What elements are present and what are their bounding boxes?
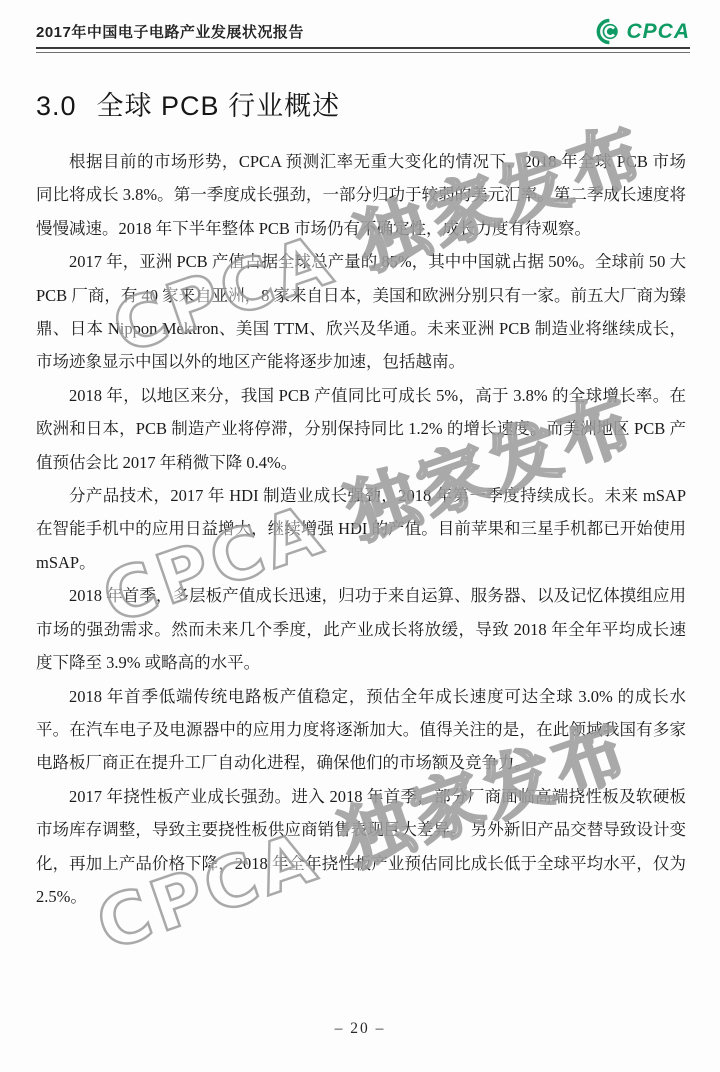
cpca-logo: CPCA [595,18,690,45]
paragraph: 2018 年首季，多层板产值成长迅速，归功于来自运算、服务器、以及记忆体摸组应用… [36,579,686,679]
section-title: 全球 PCB 行业概述 [97,91,341,121]
paragraph: 2017 年挠性板产业成长强劲。进入 2018 年首季，部分厂商面临高端挠性板及… [36,780,686,914]
page-number: – 20 – [0,1020,720,1038]
paragraph: 2017 年，亚洲 PCB 产值占据全球总产量的 85%，其中中国就占据 50%… [36,245,686,379]
body-text: 根据目前的市场形势，CPCA 预测汇率无重大变化的情况下，2018 年全球 PC… [36,145,686,913]
paragraph: 2018 年首季低端传统电路板产值稳定，预估全年成长速度可达全球 3.0% 的成… [36,680,686,780]
cpca-swirl-icon [595,18,622,45]
paragraph: 2018 年，以地区来分，我国 PCB 产值同比可成长 5%，高于 3.8% 的… [36,379,686,479]
page-header: 2017年中国电子电路产业发展状况报告 CPCA [36,18,690,45]
cpca-logo-text: CPCA [626,20,690,44]
paragraph: 分产品技术，2017 年 HDI 制造业成长强劲，2018 年第一季度持续成长。… [36,479,686,579]
paragraph: 根据目前的市场形势，CPCA 预测汇率无重大变化的情况下，2018 年全球 PC… [36,145,686,245]
report-page: 2017年中国电子电路产业发展状况报告 CPCA 3.0全球 PCB 行业概述 … [0,0,720,1072]
header-divider [36,47,690,53]
section-number: 3.0 [36,91,77,121]
section-heading: 3.0全球 PCB 行业概述 [36,84,340,123]
report-title: 2017年中国电子电路产业发展状况报告 [36,21,304,42]
